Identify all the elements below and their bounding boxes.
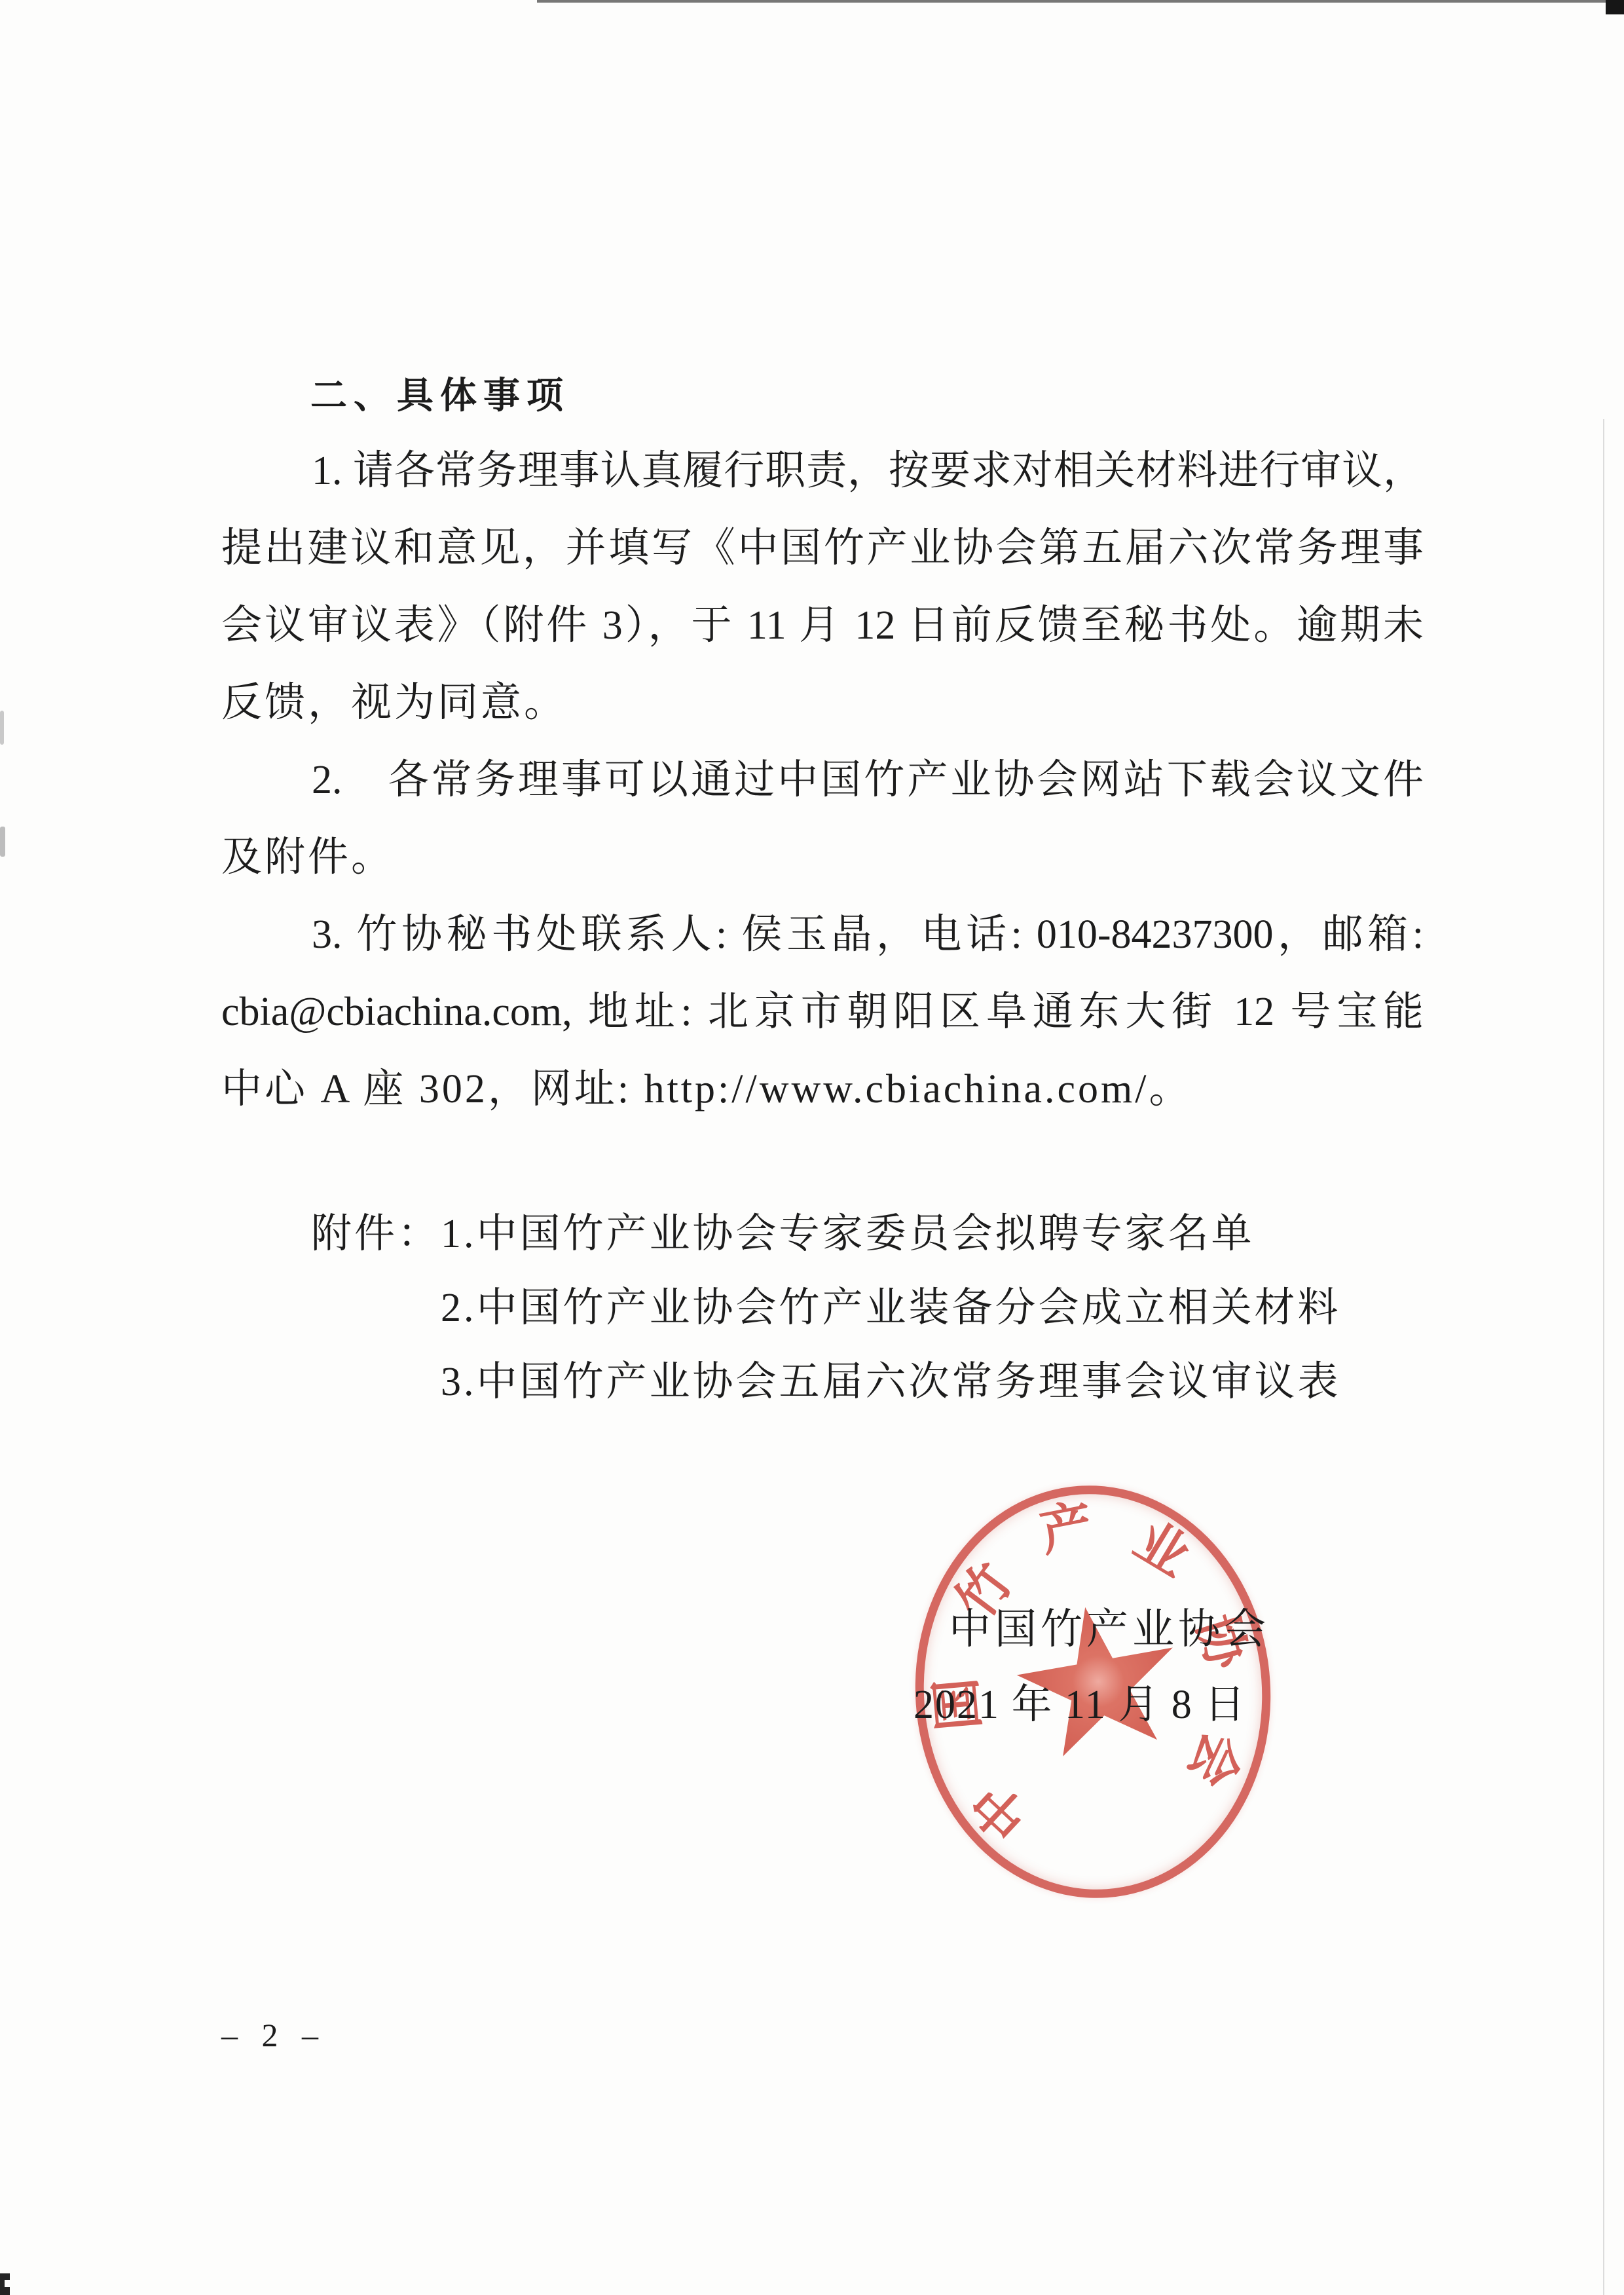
body-text: 1. 请各常务理事认真履行职责，按要求对相关材料进行审议， 提出建议和意见，并填… <box>221 432 1424 1128</box>
scan-artifact-bottom-left-notch <box>5 2280 10 2287</box>
paragraph-1-line-1: 1. 请各常务理事认真履行职责，按要求对相关材料进行审议， <box>221 432 1424 510</box>
scan-artifact-right-edge-line <box>1603 419 1604 2295</box>
paragraph-3-line-1: 3. 竹协秘书处联系人: 侯玉晶，电话: 010-84237300，邮箱: <box>221 896 1424 973</box>
paragraph-2-line-1: 2. 各常务理事可以通过中国竹产业协会网站下载会议文件 <box>221 741 1424 819</box>
attachment-item-2: 2.中国竹产业协会竹产业装备分会成立相关材料 <box>441 1271 1341 1345</box>
paragraph-1-line-4: 反馈，视为同意。 <box>221 664 1424 741</box>
attachments-list: 附件： 1.中国竹产业协会专家委员会拟聘专家名单 2.中国竹产业协会竹产业装备分… <box>311 1197 1341 1419</box>
scan-artifact-top-edge <box>537 0 1624 3</box>
scan-artifact-left-smudge <box>0 827 5 857</box>
section-heading: 二、具体事项 <box>310 367 570 419</box>
attachment-item-3: 3.中国竹产业协会五届六次常务理事会议审议表 <box>441 1345 1341 1419</box>
page-number: – 2 – <box>221 2016 326 2054</box>
scan-artifact-top-right-corner <box>1606 0 1624 14</box>
signature-organization: 中国竹产业协会 <box>949 1595 1270 1656</box>
attachment-item-1: 1.中国竹产业协会专家委员会拟聘专家名单 <box>441 1197 1341 1271</box>
paragraph-1-line-2: 提出建议和意见，并填写《中国竹产业协会第五届六次常务理事 <box>221 510 1424 587</box>
paragraph-2-line-2: 及附件。 <box>221 819 1424 896</box>
scan-artifact-left-smudge <box>0 711 4 745</box>
scanned-document-page: 二、具体事项 1. 请各常务理事认真履行职责，按要求对相关材料进行审议， 提出建… <box>0 0 1624 2295</box>
paragraph-3-line-2: cbia@cbiachina.com, 地址: 北京市朝阳区阜通东大街 12 号… <box>221 973 1424 1051</box>
paragraph-3-line-3: 中心 A 座 302，网址: http://www.cbiachina.com/… <box>221 1051 1424 1128</box>
paragraph-1-line-3: 会议审议表》（附件 3），于 11 月 12 日前反馈至秘书处。逾期未 <box>221 587 1424 664</box>
attachments-items: 1.中国竹产业协会专家委员会拟聘专家名单 2.中国竹产业协会竹产业装备分会成立相… <box>441 1197 1341 1419</box>
signature-date: 2021 年 11 月 8 日 <box>913 1671 1246 1730</box>
attachments-label: 附件： <box>311 1197 441 1271</box>
seal-ring-char: 产 <box>1034 1496 1099 1563</box>
